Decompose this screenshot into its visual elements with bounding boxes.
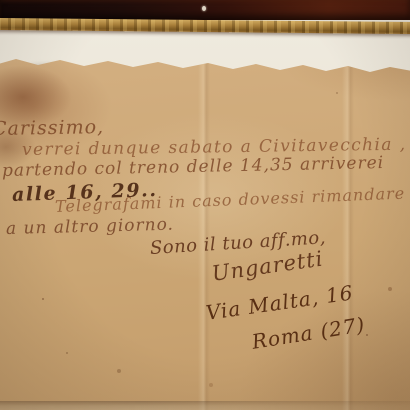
letter-salutation: Carissimo, xyxy=(0,116,104,140)
paper-fold-crease xyxy=(342,52,354,410)
picture-frame-top xyxy=(0,0,410,20)
dust-speck xyxy=(202,6,206,11)
framed-letter-photo: Carissimo, verrei dunque sabato a Civita… xyxy=(0,0,410,410)
paper-bottom-edge xyxy=(0,401,410,410)
paper-fold-crease xyxy=(198,52,210,410)
